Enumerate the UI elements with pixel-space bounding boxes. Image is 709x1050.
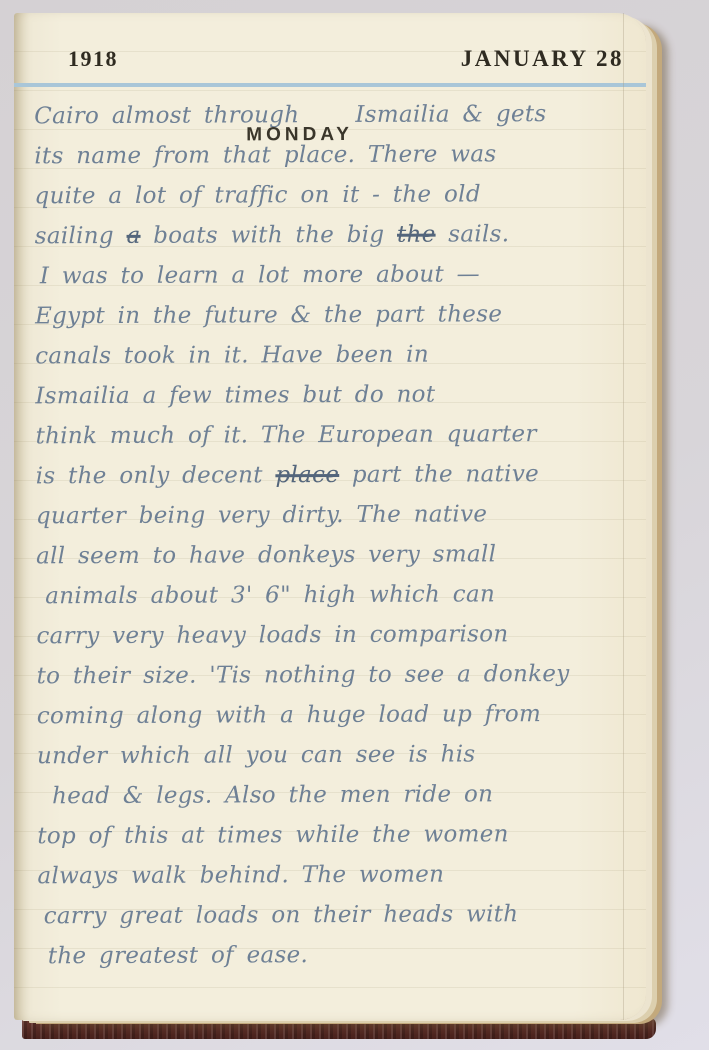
diary-text: coming along with a huge load up from <box>37 701 541 729</box>
book-cover-edge <box>22 1018 656 1039</box>
diary-page: 1918 JANUARY 28 Cairo almost throughIsma… <box>14 13 646 1020</box>
diary-line: sailing a boats with the big the sails. <box>35 214 637 257</box>
diary-line: Egypt in the future & the part these <box>35 294 637 337</box>
diary-text: animals about 3' 6" high which can <box>45 581 495 609</box>
diary-text: sails. <box>436 221 510 247</box>
diary-text: Ismailia a few times but do not <box>35 382 435 410</box>
diary-line: canals took in it. Have been in <box>35 334 637 377</box>
diary-line: animals about 3' 6" high which can <box>36 574 638 617</box>
diary-text: under which all you can see is his <box>37 741 476 769</box>
diary-line: think much of it. The European quarter <box>35 414 637 457</box>
diary-text: part the native <box>339 461 539 488</box>
diary-entry: Cairo almost throughIsmailia & gets MOND… <box>34 94 640 977</box>
diary-text: always walk behind. The women <box>37 862 444 890</box>
diary-text: carry very heavy loads in comparison <box>36 621 508 649</box>
diary-line: quite a lot of traffic on it - the old <box>34 174 636 217</box>
header-date: JANUARY 28 <box>461 46 624 72</box>
diary-line: I was to learn a lot more about — <box>35 254 637 297</box>
diary-text: is the only decent <box>36 462 276 489</box>
day-label: MONDAY <box>246 115 353 155</box>
diary-lines: its name from that place. There wasquite… <box>34 134 640 977</box>
diary-line: the greatest of ease. <box>38 934 640 977</box>
diary-text: head & legs. Also the men ride on <box>52 781 493 809</box>
diary-text: Egypt in the future & the part these <box>35 301 502 329</box>
diary-line: head & legs. Also the men ride on <box>37 774 639 817</box>
header-rule <box>14 83 646 87</box>
diary-line: Ismailia a few times but do not <box>35 374 637 417</box>
header-year: 1918 <box>68 46 118 72</box>
diary-line: all seem to have donkeys very small <box>36 534 638 577</box>
diary-line: carry very heavy loads in comparison <box>36 614 638 657</box>
diary-line: always walk behind. The women <box>37 854 639 897</box>
diary-text: top of this at times while the women <box>37 821 509 849</box>
diary-line: top of this at times while the women <box>37 814 639 857</box>
struck-word: the <box>397 222 436 248</box>
diary-text: I was to learn a lot more about — <box>40 261 480 289</box>
diary-text: sailing <box>35 223 127 249</box>
diary-text: Ismailia & gets <box>355 101 546 128</box>
diary-line: is the only decent place part the native <box>36 454 638 497</box>
diary-text: quarter being very dirty. The native <box>36 501 487 529</box>
diary-text: think much of it. The European quarter <box>36 421 537 449</box>
diary-text: all seem to have donkeys very small <box>36 541 496 569</box>
diary-text: boats with the big <box>140 222 397 249</box>
struck-word: a <box>126 223 140 249</box>
diary-line: carry great loads on their heads with <box>38 894 640 937</box>
diary-line: quarter being very dirty. The native <box>36 494 638 537</box>
diary-line: to their size. 'Tis nothing to see a don… <box>37 654 639 697</box>
diary-line: Cairo almost throughIsmailia & gets MOND… <box>34 94 636 137</box>
diary-text: the greatest of ease. <box>48 942 308 969</box>
struck-word: place <box>275 462 339 488</box>
diary-text: carry great loads on their heads with <box>44 901 519 929</box>
diary-text: to their size. 'Tis nothing to see a don… <box>37 661 570 689</box>
diary-line: coming along with a huge load up from <box>37 694 639 737</box>
diary-line: under which all you can see is his <box>37 734 639 777</box>
diary-text: canals took in it. Have been in <box>35 342 429 370</box>
page-header: 1918 JANUARY 28 <box>14 13 646 72</box>
diary-text: quite a lot of traffic on it - the old <box>34 181 480 209</box>
